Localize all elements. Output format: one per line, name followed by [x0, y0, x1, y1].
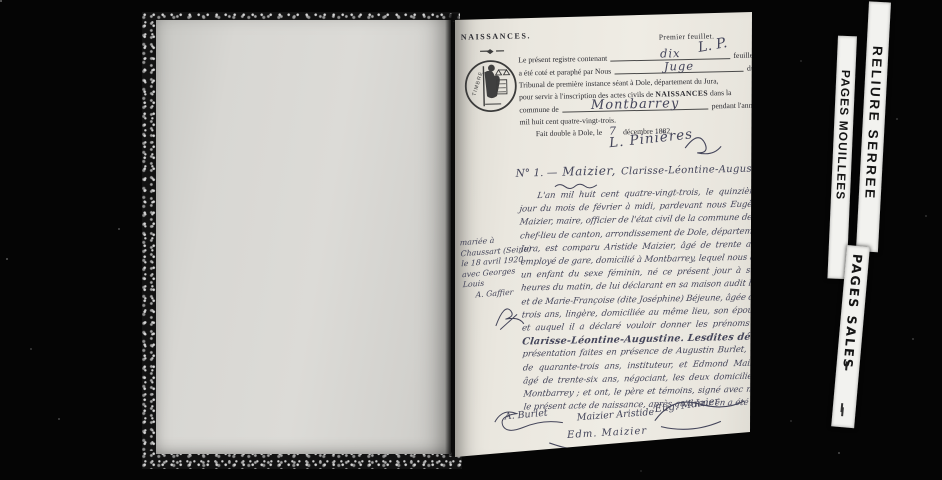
stamp-text: TIMBRE: [472, 71, 485, 97]
entry-heading: N° 1. — Maizier, Clarisse-Léontine-Augus…: [515, 156, 776, 180]
mayor-signature-flourish: [650, 397, 751, 433]
entry-surname: Maizier,: [562, 163, 616, 178]
entry-firstnames: Clarisse-Léontine-Augustine.: [621, 163, 776, 177]
dust-speckles: [0, 0, 2, 2]
archive-label-text: RELIURE SERREE: [862, 46, 885, 201]
handwritten-fill-authority: Juge: [664, 59, 694, 74]
form-printed-text: dans la: [708, 88, 732, 97]
form-blank: Juge: [614, 62, 744, 75]
section-title: NAISSANCES.: [461, 31, 531, 41]
printed-form: Le présent registre contenant dix feuill…: [518, 48, 760, 140]
form-printed-text: feuillets: [733, 49, 758, 61]
archive-label-reliure-serree: RELIURE SERREE: [856, 1, 891, 252]
form-printed-text: Fait double à Dole, le: [536, 128, 603, 138]
page-content: NAISSANCES. Premier feuillet. L. P.: [454, 3, 765, 461]
stamp-icon: TIMBRE: [462, 48, 519, 119]
form-printed-text: Le présent registre contenant: [518, 53, 607, 67]
right-register-page: NAISSANCES. Premier feuillet. L. P.: [455, 8, 757, 460]
form-printed-text: pendant l'année: [711, 99, 759, 112]
archive-label-text: PAGES MOUILLEES: [833, 70, 853, 201]
marginal-note: mariée à Chaussart (Seine) le 18 avril 1…: [459, 234, 521, 302]
edm-signature-underline: [547, 434, 687, 453]
entry-number: N° 1. —: [516, 167, 558, 180]
form-printed-text: du .: [747, 62, 759, 74]
burlet-signature-flourish: [491, 407, 566, 435]
form-printed-text: commune de: [519, 103, 559, 116]
archive-label-text: PAGES SALES: [840, 253, 865, 370]
judge-signature-flourish: [683, 131, 723, 156]
left-blank-page: [156, 20, 451, 454]
archive-label-pages-mouillees: PAGES MOUILLEES: [827, 36, 857, 280]
scanned-register-photo: NAISSANCES. Premier feuillet. L. P.: [0, 0, 942, 480]
revenue-stamp: TIMBRE: [462, 48, 520, 124]
handwritten-fill-commune: Montbarrey: [591, 96, 680, 113]
form-blank: Montbarrey: [562, 99, 709, 112]
book-cover-edge-left: [142, 12, 157, 462]
birth-act-text: L'an mil huit cent quatre-vingt-trois, l…: [519, 185, 767, 414]
